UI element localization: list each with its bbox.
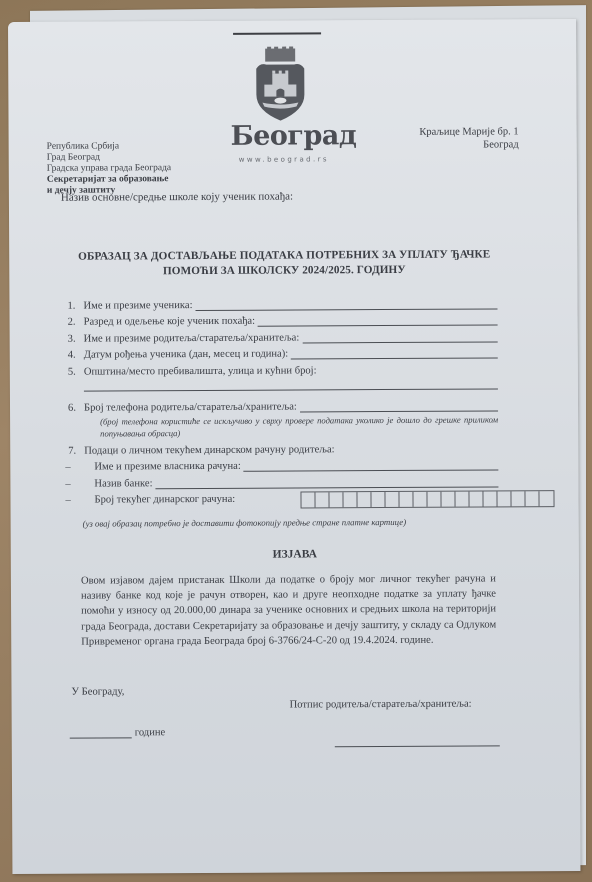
field-number: 2. <box>68 317 84 328</box>
student-name-input[interactable] <box>195 299 497 311</box>
account-digit-box[interactable] <box>511 491 525 506</box>
form-title: ОБРАЗАЦ ЗА ДОСТАВЉАЊЕ ПОДАТАКА ПОТРЕБНИХ… <box>64 247 504 279</box>
grade-class-input[interactable] <box>258 315 498 326</box>
field-label: Број телефона родитеља/старатеља/храните… <box>84 401 297 413</box>
account-digit-box[interactable] <box>301 492 315 507</box>
phone-note: (број телефона користиће се искључиво у … <box>68 413 498 439</box>
residence-input[interactable] <box>84 375 498 391</box>
issuer-line: Секретаријат за образовање <box>47 174 171 186</box>
issuer-line: Република Србија <box>47 141 171 153</box>
account-digit-box[interactable] <box>525 491 539 506</box>
form-title-line-2: ПОМОЋИ ЗА ШКОЛСКУ 2024/2025. ГОДИНУ <box>64 262 504 279</box>
field-phone: 6. Број телефона родитеља/старатеља/хран… <box>68 395 498 414</box>
account-digit-box[interactable] <box>329 492 343 507</box>
account-digit-box[interactable] <box>441 491 455 506</box>
field-grade-class: 2. Разред и одељење које ученик похађа: <box>68 309 498 328</box>
field-label: Име и презиме ученика: <box>83 300 192 312</box>
place-label: У Београду, <box>71 686 124 697</box>
birth-date-input[interactable] <box>291 348 498 359</box>
field-account-owner: – Име и презиме власника рачуна: <box>68 454 498 473</box>
field-label: Општина/место пребивалишта, улица и кућн… <box>84 365 317 377</box>
logo-url: www.beograd.rs <box>239 155 329 163</box>
belgrade-coat-of-arms-icon <box>252 46 308 122</box>
account-digit-box[interactable] <box>371 492 385 507</box>
card-copy-note: (уз овај образац потребно је доставити ф… <box>83 517 407 529</box>
dash-bullet: – <box>64 495 94 506</box>
address-block: Краљице Марије бр. 1 Београд <box>399 125 519 152</box>
logo-wordmark: Београд <box>231 120 357 152</box>
field-label: Датум рођења ученика (дан, месец и годин… <box>84 349 289 361</box>
date-input[interactable] <box>70 728 132 738</box>
account-digit-box[interactable] <box>413 491 427 506</box>
account-digit-box[interactable] <box>385 491 399 506</box>
field-parent-name: 3. Име и презиме родитеља/старатеља/хран… <box>68 325 498 344</box>
field-number: 3. <box>68 333 84 344</box>
dash-bullet: – <box>64 462 94 473</box>
field-label: Подаци о личном текућем динарском рачуну… <box>84 444 334 456</box>
issuer-line: Град Београд <box>47 152 171 164</box>
account-digit-box[interactable] <box>497 491 511 506</box>
form-page: Београд www.beograd.rs Република Србија … <box>8 19 580 874</box>
signature-input[interactable] <box>335 745 500 747</box>
account-digit-box[interactable] <box>539 491 553 506</box>
account-digit-box[interactable] <box>315 492 329 507</box>
account-digit-box[interactable] <box>483 491 497 506</box>
field-label: Разред и одељење које ученик похађа: <box>84 316 256 328</box>
date-field: године <box>70 727 166 738</box>
address-line-2: Београд <box>399 138 519 152</box>
issuer-block: Република Србија Град Београд Градска уп… <box>47 141 172 197</box>
field-label: Име и презиме власника рачуна: <box>94 461 241 473</box>
account-digit-box[interactable] <box>357 492 371 507</box>
field-number: 6. <box>68 403 84 414</box>
parent-name-input[interactable] <box>302 332 497 343</box>
declaration-text: Овом изјавом дајем пристанак Школи да по… <box>81 571 496 649</box>
account-digit-box[interactable] <box>343 492 357 507</box>
account-digit-box[interactable] <box>399 491 413 506</box>
field-number: 1. <box>67 300 83 311</box>
field-number: 7. <box>68 445 84 456</box>
account-digit-box[interactable] <box>427 491 441 506</box>
account-owner-input[interactable] <box>244 460 499 471</box>
form-title-line-1: ОБРАЗАЦ ЗА ДОСТАВЉАЊЕ ПОДАТАКА ПОТРЕБНИХ… <box>64 247 504 264</box>
field-birth-date: 4. Датум рођења ученика (дан, месец и го… <box>68 342 498 361</box>
field-number: 4. <box>68 350 84 361</box>
form-fields: 1. Име и презиме ученика: 2. Разред и од… <box>67 292 498 508</box>
account-digit-box[interactable] <box>469 491 483 506</box>
field-number: 5. <box>68 366 84 377</box>
dash-bullet: – <box>64 478 94 489</box>
field-label: Број текућег динарског рачуна: <box>94 494 235 506</box>
field-label: Назив банке: <box>94 478 152 489</box>
field-label: Име и презиме родитеља/старатеља/храните… <box>84 332 300 344</box>
date-suffix: године <box>135 727 166 738</box>
declaration-title: ИЗЈАВА <box>11 547 579 562</box>
address-line-1: Краљице Марије бр. 1 <box>399 125 519 139</box>
account-digit-box[interactable] <box>455 491 469 506</box>
signature-label: Потпис родитеља/старатеља/хранитеља: <box>290 699 472 711</box>
top-rule <box>233 32 321 34</box>
account-number-boxes[interactable] <box>300 490 554 508</box>
school-name-label: Назив основне/средње школе коју ученик п… <box>61 191 293 204</box>
field-account-number: – Број текућег динарског рачуна: <box>68 487 498 508</box>
issuer-line: Градска управа града Београда <box>47 163 171 175</box>
phone-input[interactable] <box>300 401 498 412</box>
field-student-name: 1. Име и презиме ученика: <box>67 292 497 311</box>
